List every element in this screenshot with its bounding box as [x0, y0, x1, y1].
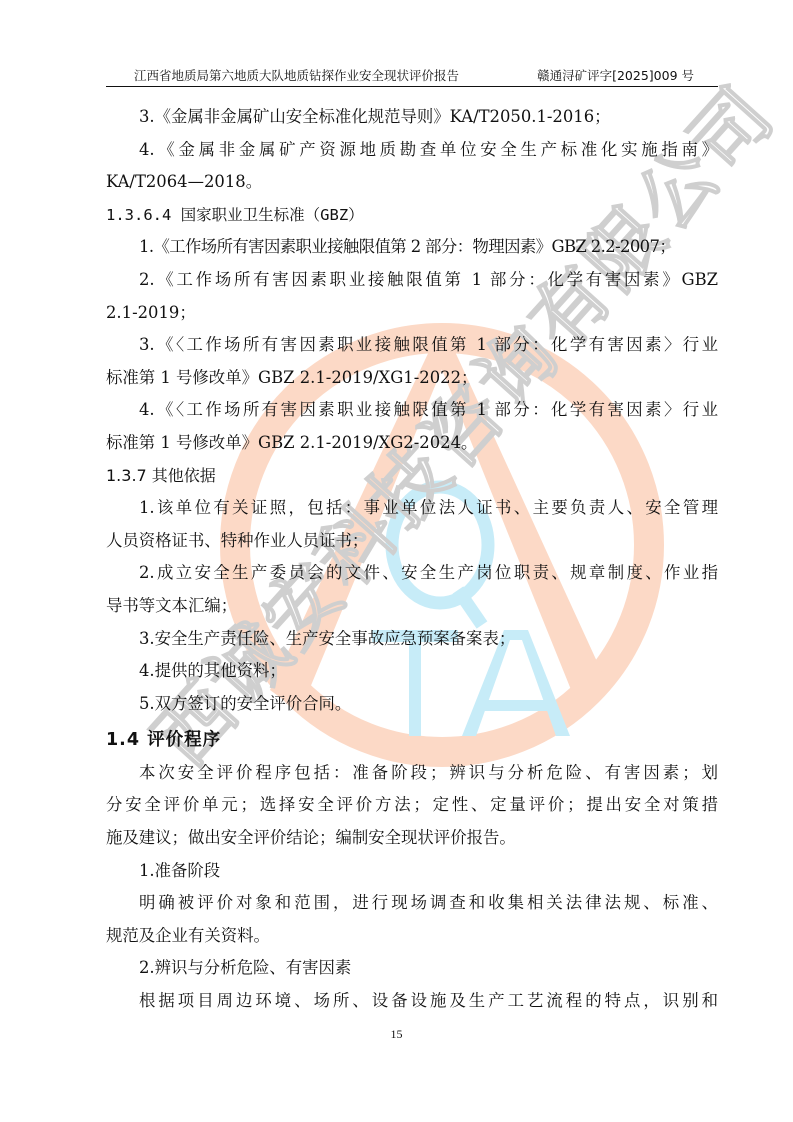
page-number: 15 [0, 1027, 793, 1042]
body-line: 根据项目周边环境、场所、设备设施及生产工艺流程的特点，识别和 [106, 985, 718, 1018]
body-line: 规范及企业有关资料。 [106, 920, 718, 953]
body-line: 标准第 1 号修改单》GBZ 2.1-2019/XG1-2022； [106, 362, 718, 395]
body-line: KA/T2064—2018。 [106, 166, 718, 199]
body-line: 本次安全评价程序包括：准备阶段；辨识与分析危险、有害因素；划 [106, 757, 718, 790]
report-title: 江西省地质局第六地质大队地质钻探作业安全现状评价报告 [134, 66, 459, 84]
document-number: 赣通浔矿评字[2025]009 号 [537, 66, 694, 84]
body-line: 2.成立安全生产委员会的文件、安全生产岗位职责、规章制度、作业指 [106, 557, 718, 590]
header-rule [106, 86, 718, 87]
body-line: 人员资格证书、特种作业人员证书； [106, 525, 718, 558]
body-line: 2.《工作场所有害因素职业接触限值第 1 部分：化学有害因素》GBZ [106, 264, 718, 297]
body-line: 4.提供的其他资料； [106, 655, 718, 688]
body-line: 3.《〈工作场所有害因素职业接触限值第 1 部分：化学有害因素〉行业 [106, 329, 718, 362]
page-header: 江西省地质局第六地质大队地质钻探作业安全现状评价报告 赣通浔矿评字[2025]0… [106, 66, 718, 84]
document-body: 3.《金属非金属矿山安全标准化规范导则》KA/T2050.1-2016； 4.《… [106, 101, 718, 1018]
body-line: 明确被评价对象和范围，进行现场调查和收集相关法律法规、标准、 [106, 887, 718, 920]
body-line: 1.《工作场所有害因素职业接触限值第 2 部分：物理因素》GBZ 2.2-200… [106, 231, 718, 264]
body-line: 施及建议；做出安全评价结论；编制安全现状评价报告。 [106, 822, 718, 855]
section-heading-1-4: 1.4 评价程序 [106, 724, 718, 757]
body-line: 导书等文本汇编； [106, 590, 718, 623]
body-line: 2.辨识与分析危险、有害因素 [106, 952, 718, 985]
body-line: 1.准备阶段 [106, 855, 718, 888]
body-line: 4.《〈工作场所有害因素职业接触限值第 1 部分：化学有害因素〉行业 [106, 394, 718, 427]
body-line: 4.《金属非金属矿产资源地质勘查单位安全生产标准化实施指南》 [106, 134, 718, 167]
body-line: 标准第 1 号修改单》GBZ 2.1-2019/XG2-2024。 [106, 427, 718, 460]
body-line: 1.该单位有关证照，包括：事业单位法人证书、主要负责人、安全管理 [106, 492, 718, 525]
body-line: 3.安全生产责任险、生产安全事故应急预案备案表； [106, 623, 718, 656]
body-line: 分安全评价单元；选择安全评价方法；定性、定量评价；提出安全对策措 [106, 789, 718, 822]
document-page: 江西省地质局第六地质大队地质钻探作业安全现状评价报告 赣通浔矿评字[2025]0… [0, 0, 793, 1122]
body-line: 5.双方签订的安全评价合同。 [106, 688, 718, 721]
section-heading-1-3-7: 1.3.7 其他依据 [106, 460, 718, 493]
section-heading-1-3-6-4: 1.3.6.4 国家职业卫生标准（GBZ） [106, 199, 718, 232]
body-line: 3.《金属非金属矿山安全标准化规范导则》KA/T2050.1-2016； [106, 101, 718, 134]
body-line: 2.1-2019； [106, 297, 718, 330]
